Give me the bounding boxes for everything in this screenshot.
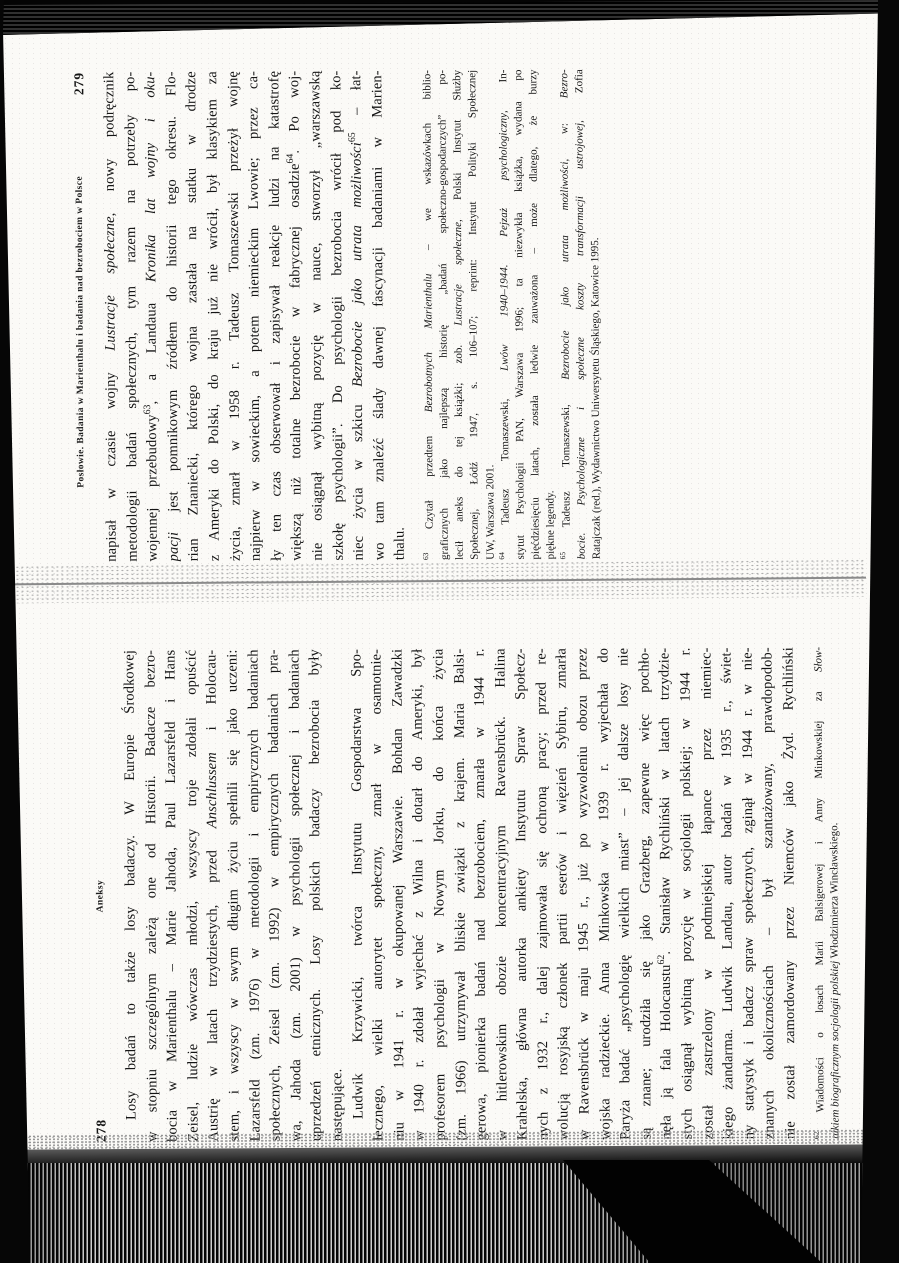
text-line: są znane; urodziła się jako Grazberg, za…	[634, 647, 657, 1139]
text-line: Paryża badać „psychologię wielkich miast…	[613, 647, 636, 1139]
text-line: rian Znaniecki, którego wojna zastała na…	[181, 71, 204, 561]
running-head-title: Aneksy	[94, 650, 106, 1142]
text-line: Krahelska, główna autorka ankiety Instyt…	[510, 648, 533, 1140]
text-line: w Ravensbrück w maju 1945 r., już po wyz…	[572, 647, 595, 1139]
text-line: nych z 1932 r., dalej zajmowała się ochr…	[531, 648, 554, 1140]
body-text-279: napisał w czasie wojny Lustracje społecz…	[99, 70, 410, 562]
gutter-fold-line	[10, 577, 866, 585]
text-line: niec życia w szkicu Bezrobocie jako utra…	[346, 70, 369, 560]
footnote-line: pięćdziesięciu latach, została ledwie za…	[526, 69, 544, 559]
text-line: wojska radzieckie. Anna Minkowska w 1939…	[593, 647, 616, 1139]
text-line: łecznego, wielki autorytet społeczny, zm…	[366, 648, 389, 1140]
footnote-line: 62 Wiadomości o losach Marii Balsigerowe…	[811, 646, 828, 1138]
text-line: thalu.	[387, 70, 410, 560]
text-line: bocia w Marienthalu – Marie Jahoda, Paul…	[160, 649, 183, 1141]
text-line: (zm. 1966) utrzymywał bliskie związki z …	[448, 648, 471, 1140]
text-line: najpierw w sowieckim, a potem niemieckim…	[243, 70, 266, 560]
text-line: Lazarsfeld (zm. 1976) w metodologii i em…	[242, 649, 265, 1141]
text-line: Losy badań to także losy badaczy. W Euro…	[119, 649, 142, 1141]
text-line: wo tam znaleźć ślady dawnej fascynacji b…	[366, 70, 389, 560]
text-line: w stopniu szczególnym zależą one od Hist…	[140, 649, 163, 1141]
text-line: kiego żandarma. Ludwik Landau, autor bad…	[716, 647, 739, 1139]
text-line: szkołę psychologii”. Do psychologii bezr…	[325, 70, 348, 560]
text-line: wolucją rosyjską członek partii eserów i…	[551, 648, 574, 1140]
text-line: uprzedzeń etnicznych. Losy polskich bada…	[304, 649, 327, 1141]
footnotes-279: 63 Czytał przedtem Bezrobotnych Marienth…	[420, 69, 605, 560]
text-line: znanych okolicznościach – był szantażowa…	[757, 647, 780, 1139]
footnotes-278: 62 Wiadomości o losach Marii Balsigerowe…	[811, 646, 844, 1138]
text-line: nie osiągnął wybitną pozycję w nauce, st…	[305, 70, 328, 560]
text-line: pacji jest pomnikowym źródłem do histori…	[161, 71, 184, 561]
text-line: w hitlerowskim obozie koncentracyjnym Ra…	[490, 648, 513, 1140]
text-line: Zeisel, ludzie wówczas młodzi, wszyscy t…	[181, 649, 204, 1141]
footnote-line: Społecznej, Łódź 1947, s. 106–107; repri…	[465, 69, 483, 559]
text-line: Ludwik Krzywicki, twórca Instytutu Gospo…	[345, 648, 368, 1140]
text-line: wa, Jahoda (zm. 2001) w psychologii społ…	[284, 649, 307, 1141]
running-head-278: 278 Aneksy	[94, 650, 114, 1142]
text-line: następujące.	[325, 649, 348, 1141]
running-head-279: Posłowie. Badania w Marienthalu i badani…	[74, 71, 95, 561]
text-line: życia, zmarł w 1958 r. Tadeusz Tomaszews…	[222, 71, 245, 561]
text-line: w 1940 r. zdołał wyjechać z Wilna i dota…	[407, 648, 430, 1140]
text-line: wojennej przebudowy63, a Landaua Kronika…	[140, 71, 163, 561]
text-line: stych osiągnął wybitną pozycję w socjolo…	[675, 647, 698, 1139]
text-line: metodologii badań społecznych, tym razem…	[119, 71, 142, 561]
page-279: Posłowie. Badania w Marienthalu i badani…	[74, 69, 612, 562]
text-line: stem, i wszyscy w swym długim życiu speł…	[222, 649, 245, 1141]
running-head-title: Posłowie. Badania w Marienthalu i badani…	[74, 71, 87, 561]
text-line: napisał w czasie wojny Lustracje społecz…	[99, 71, 122, 561]
text-line: niu w 1941 r. w okupowanej Warszawie. Bo…	[387, 648, 410, 1140]
footnote-line: Ratajczak (red.), Wydawnictwo Uniwersyte…	[587, 69, 605, 559]
text-line: nie został zamordowany przez Niemców jak…	[778, 647, 801, 1139]
footnote-line: nikiem biograficznym socjologii polskiej…	[826, 646, 843, 1138]
scanned-book-spread: Posłowie. Badania w Marienthalu i badani…	[0, 0, 899, 1263]
body-text-278: Losy badań to także losy badaczy. W Euro…	[119, 647, 801, 1142]
page-gutter-fold	[10, 559, 866, 604]
page-278: 278 Aneksy Losy badań to także losy bada…	[94, 646, 851, 1141]
text-line: społecznych, Zeisel (zm. 1992) w empiryc…	[263, 649, 286, 1141]
text-line: nęła ją fala Holocaustu62. Stanisław Ryc…	[654, 647, 677, 1139]
text-line: ny statystyk i badacz spraw społecznych,…	[737, 647, 760, 1139]
text-line: profesorem psychologii w Nowym Jorku, do…	[428, 648, 451, 1140]
text-line: Austrię w latach trzydziestych, przed An…	[201, 649, 224, 1141]
text-line: z Ameryki do Polski, do kraju już nie wr…	[202, 71, 225, 561]
text-line: większą niż totalne bezrobocie w fabrycz…	[284, 70, 307, 560]
text-line: ły ten czas obserwował i zapisywał reakc…	[263, 70, 286, 560]
page-number-279: 279	[71, 71, 87, 94]
text-line: został zastrzelony w podmiejskiej łapanc…	[696, 647, 719, 1139]
footnote-line: 65 Tadeusz Tomaszewski, Bezrobocie jako …	[556, 69, 574, 559]
text-line: gerowa, pionierka badań nad bezrobociem,…	[469, 648, 492, 1140]
footnote-line: bocie. Psychologiczne i społeczne koszty…	[571, 69, 589, 559]
